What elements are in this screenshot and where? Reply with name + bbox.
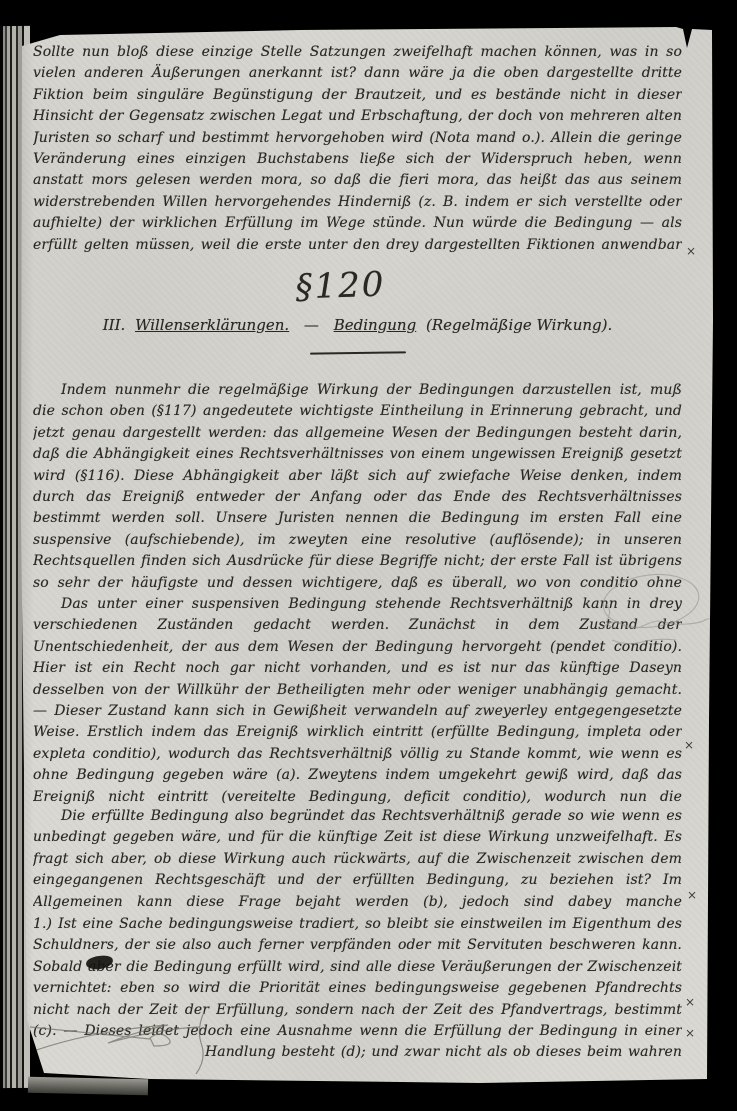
margin-x-mark: × <box>684 738 694 752</box>
heading-subtitle: (Regelmäßige Wirkung). <box>426 316 612 334</box>
heading-numeral: III. <box>103 316 126 334</box>
paragraph-regelmaessige-wirkung: Indem nunmehr die regelmäßige Wirkung de… <box>33 380 682 594</box>
paragraph-last-line-indented: Handlung besteht (d); und zwar nicht als… <box>33 1042 682 1064</box>
bottom-page-edges <box>28 1077 148 1096</box>
section-mark: §120 <box>0 253 709 319</box>
heading-willenserklaerungen: Willenserklärungen. <box>130 316 294 334</box>
heading-underline-rule <box>310 351 406 354</box>
paragraph-tradition-numbered: 1.) Ist eine Sache bedingungsweise tradi… <box>33 914 682 1043</box>
section-heading: III. Willenserklärungen. — Bedingung (Re… <box>33 316 682 334</box>
margin-x-mark: × <box>685 995 695 1009</box>
margin-x-mark: × <box>685 1026 695 1040</box>
paragraph-mora-continuation: Sollte nun bloß diese einzige Stelle Sat… <box>33 42 682 258</box>
manuscript-page: 56 Sollte nun bloß diese einzige Stelle … <box>0 0 737 1111</box>
paragraph-erfuellte-bedingung: Die erfüllte Bedingung also begründet da… <box>33 806 682 914</box>
margin-x-mark: × <box>687 888 697 902</box>
manuscript-photo: 56 Sollte nun bloß diese einzige Stelle … <box>0 0 737 1111</box>
margin-x-mark: × <box>686 244 696 258</box>
page-number: 56 <box>43 13 67 34</box>
heading-bedingung: Bedingung <box>329 316 422 334</box>
paragraph-suspensive-bedingung: Das unter einer suspensiven Bedingung st… <box>33 594 682 806</box>
heading-dash: — <box>299 316 324 334</box>
